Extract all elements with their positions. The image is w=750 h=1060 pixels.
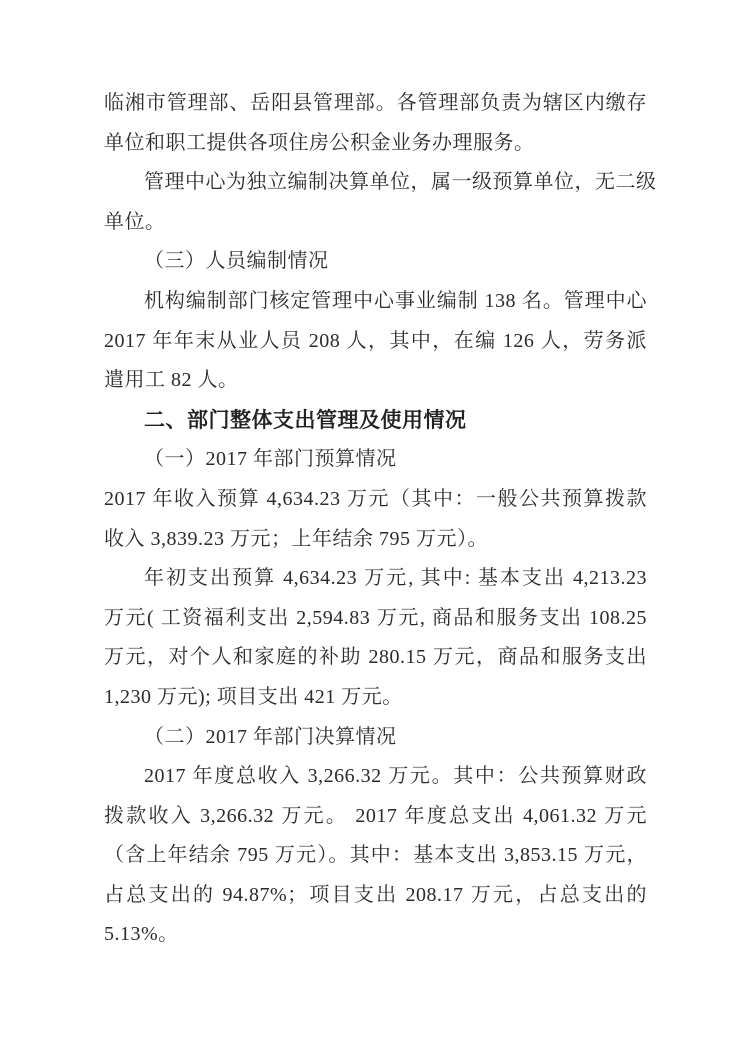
paragraph-line: 占总支出的 94.87%；项目支出 208.17 万元，占总支出的: [104, 876, 647, 916]
paragraph-line: 2017 年年末从业人员 208 人，其中，在编 126 人，劳务派: [104, 322, 647, 362]
paragraph-line: 1,230 万元); 项目支出 421 万元。: [104, 678, 647, 718]
paragraph-line: 2017 年收入预算 4,634.23 万元（其中：一般公共预算拨款: [104, 480, 647, 520]
paragraph-line: 临湘市管理部、岳阳县管理部。各管理部负责为辖区内缴存: [104, 84, 647, 124]
subsection-heading-1: （一）2017 年部门预算情况: [104, 440, 647, 480]
paragraph-line: 单位。: [104, 203, 647, 243]
section-heading-2: 二、部门整体支出管理及使用情况: [104, 401, 647, 441]
paragraph-line: 收入 3,839.23 万元；上年结余 795 万元）。: [104, 520, 647, 560]
paragraph-line: 年初支出预算 4,634.23 万元, 其中: 基本支出 4,213.23: [104, 559, 647, 599]
paragraph-line: 拨款收入 3,266.32 万元。 2017 年度总支出 4,061.32 万元: [104, 797, 647, 837]
paragraph-line: 5.13%。: [104, 915, 647, 955]
document-page: 临湘市管理部、岳阳县管理部。各管理部负责为辖区内缴存 单位和职工提供各项住房公积…: [0, 0, 750, 1060]
paragraph-line: 万元，对个人和家庭的补助 280.15 万元，商品和服务支出: [104, 638, 647, 678]
paragraph-line: 2017 年度总收入 3,266.32 万元。其中：公共预算财政: [104, 757, 647, 797]
document-body: 临湘市管理部、岳阳县管理部。各管理部负责为辖区内缴存 单位和职工提供各项住房公积…: [104, 84, 647, 955]
paragraph-line: 万元( 工资福利支出 2,594.83 万元, 商品和服务支出 108.25: [104, 599, 647, 639]
subsection-heading-3: （三）人员编制情况: [104, 242, 647, 282]
paragraph-line: 单位和职工提供各项住房公积金业务办理服务。: [104, 124, 647, 164]
paragraph-line: 管理中心为独立编制决算单位，属一级预算单位，无二级: [104, 163, 647, 203]
paragraph-line: 遣用工 82 人。: [104, 361, 647, 401]
paragraph-line: （含上年结余 795 万元）。其中：基本支出 3,853.15 万元，: [104, 836, 647, 876]
subsection-heading-2: （二）2017 年部门决算情况: [104, 718, 647, 758]
paragraph-line: 机构编制部门核定管理中心事业编制 138 名。管理中心: [104, 282, 647, 322]
